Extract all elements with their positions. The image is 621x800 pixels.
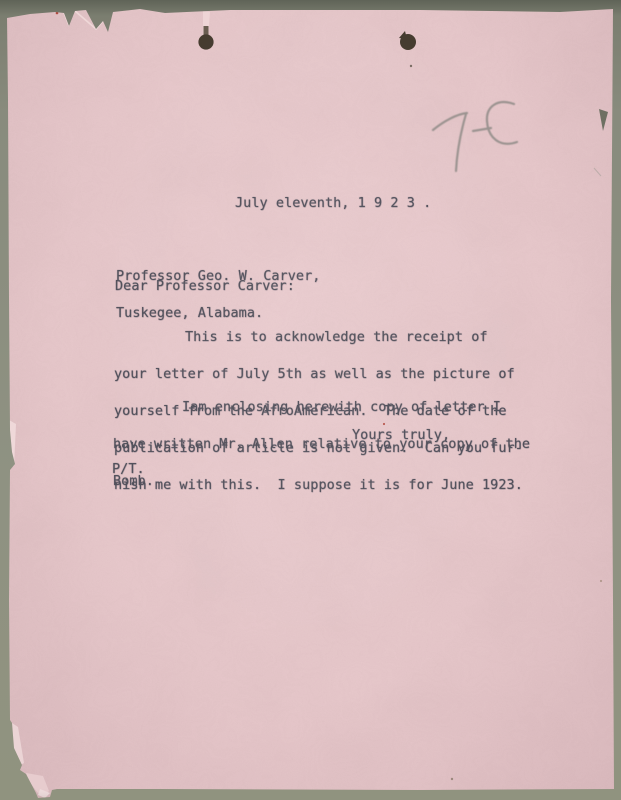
body-line: Bomb. (113, 475, 530, 487)
typist-initials: P/T. (112, 463, 145, 475)
letter-paper: July eleventh, 1 9 2 3 . Professor Geo. … (0, 0, 621, 800)
letter-date: July eleventh, 1 9 2 3 . (235, 197, 431, 209)
scanned-letter-page: July eleventh, 1 9 2 3 . Professor Geo. … (0, 0, 621, 800)
salutation: Dear Professor Carver: (115, 280, 295, 292)
body-line: Iam enclosing herewith copy of letter I (113, 401, 530, 413)
pencil-annotation (433, 102, 517, 171)
body-paragraph-2: Iam enclosing herewith copy of letter I … (113, 376, 530, 512)
body-line: have written Mr. Allen relative to your … (113, 438, 530, 450)
punch-hole-right (399, 31, 416, 50)
body-line: This is to acknowledge the receipt of (114, 331, 523, 343)
closing: Yours truly, (352, 429, 450, 441)
torn-edge-highlight (9, 11, 103, 798)
torn-notch-right (599, 109, 608, 131)
punch-hole-left (198, 11, 213, 50)
